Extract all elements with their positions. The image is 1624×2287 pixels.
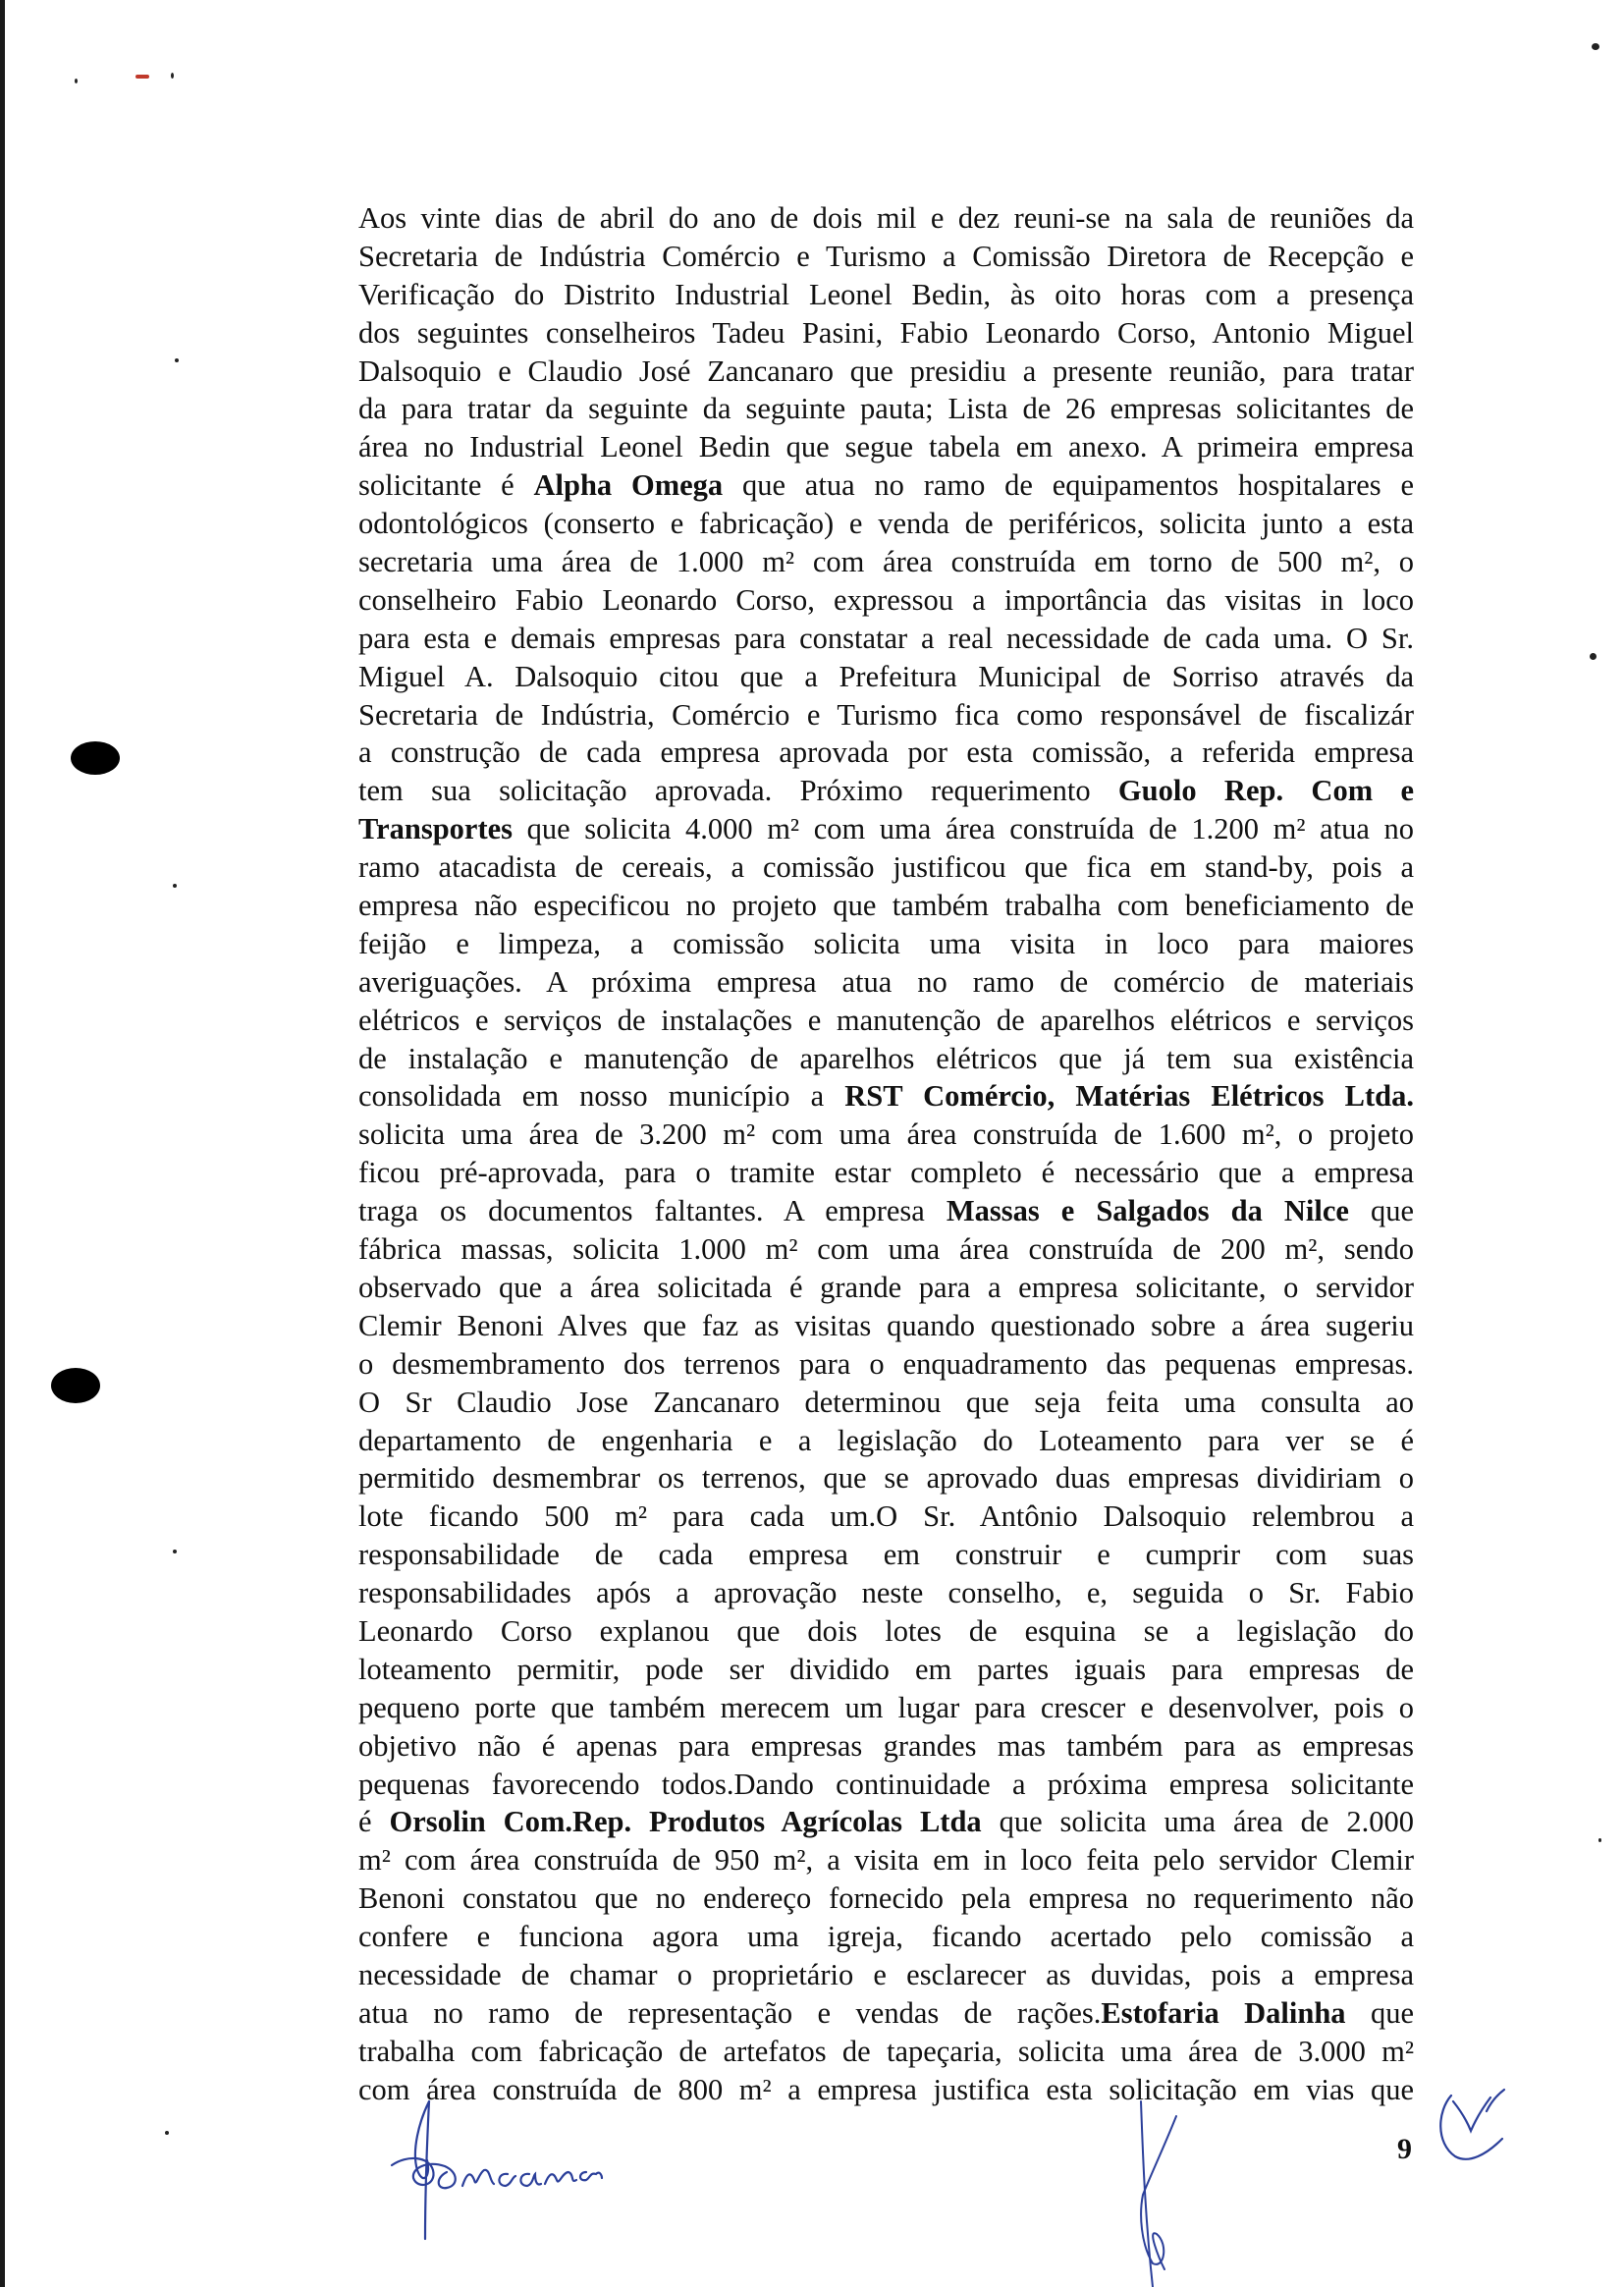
text-line: observado que a área solicitada é grande… [358, 1269, 1414, 1307]
punch-hole [71, 741, 120, 775]
text-run: que solicita 4.000 m² com uma área const… [513, 812, 1414, 845]
text-line: solicita uma área de 3.200 m² com uma ár… [358, 1116, 1414, 1154]
text-line: confere e funciona agora uma igreja, fic… [358, 1918, 1414, 1956]
text-run: elétricos e serviços de instalações e ma… [358, 1004, 1414, 1037]
text-line: odontológicos (conserto e fabricação) e … [358, 505, 1414, 543]
text-run: objetivo não é apenas para empresas gran… [358, 1729, 1414, 1763]
speck [173, 884, 177, 888]
text-line: para esta e demais empresas para constat… [358, 620, 1414, 658]
text-run: para esta e demais empresas para constat… [358, 622, 1414, 655]
text-line: responsabilidade de cada empresa em cons… [358, 1536, 1414, 1574]
speck [173, 1550, 177, 1553]
text-run: consolidada em nosso município a [358, 1079, 844, 1113]
text-run: da para tratar da seguinte da seguinte p… [358, 392, 1414, 425]
text-run: lote ficando 500 m² para cada um.O Sr. A… [358, 1499, 1414, 1533]
text-run: que solicita uma área de 2.000 [982, 1805, 1414, 1838]
text-run: solicitante é [358, 468, 534, 502]
signature-initials-center [1129, 2096, 1218, 2287]
text-line: objetivo não é apenas para empresas gran… [358, 1727, 1414, 1766]
text-line: Dalsoquio e Claudio José Zancanaro que p… [358, 353, 1414, 391]
text-line: consolidada em nosso município a RST Com… [358, 1077, 1414, 1116]
speck [75, 79, 78, 83]
text-run: traga os documentos faltantes. A empresa [358, 1194, 947, 1227]
text-run: fábrica massas, solicita 1.000 m² com um… [358, 1232, 1414, 1266]
text-line: feijão e limpeza, a comissão solicita um… [358, 925, 1414, 963]
text-line: da para tratar da seguinte da seguinte p… [358, 390, 1414, 428]
text-run: trabalha com fabricação de artefatos de … [358, 2035, 1414, 2068]
company-name: Guolo Rep. Com e [1118, 774, 1414, 807]
text-run: atua no ramo de representação e vendas d… [358, 1996, 1101, 2030]
text-run: O Sr Claudio Jose Zancanaro determinou q… [358, 1386, 1414, 1419]
text-run: Secretaria de Indústria Comércio e Turis… [358, 240, 1414, 273]
text-line: departamento de engenharia e a legislaçã… [358, 1422, 1414, 1460]
text-run: ficou pré-aprovada, para o tramite estar… [358, 1156, 1414, 1189]
text-run: empresa não especificou no projeto que t… [358, 889, 1414, 922]
text-run: Dalsoquio e Claudio José Zancanaro que p… [358, 354, 1414, 388]
text-run: confere e funciona agora uma igreja, fic… [358, 1920, 1414, 1953]
text-run: m² com área construída de 950 m², a visi… [358, 1843, 1414, 1877]
text-run: dos seguintes conselheiros Tadeu Pasini,… [358, 316, 1414, 350]
text-run: conselheiro Fabio Leonardo Corso, expres… [358, 583, 1414, 617]
signature-zancanaro [368, 2092, 800, 2249]
text-run: observado que a área solicitada é grande… [358, 1271, 1414, 1304]
text-line: lote ficando 500 m² para cada um.O Sr. A… [358, 1497, 1414, 1536]
text-run: permitido desmembrar os terrenos, que se… [358, 1461, 1414, 1495]
text-line: loteamento permitir, pode ser dividido e… [358, 1651, 1414, 1689]
text-line: área no Industrial Leonel Bedin que segu… [358, 428, 1414, 466]
text-run: averiguações. A próxima empresa atua no … [358, 965, 1414, 999]
text-line: é Orsolin Com.Rep. Produtos Agrícolas Lt… [358, 1803, 1414, 1841]
text-line: Clemir Benoni Alves que faz as visitas q… [358, 1307, 1414, 1345]
punch-hole [51, 1368, 100, 1403]
text-line: empresa não especificou no projeto que t… [358, 887, 1414, 925]
text-line: Verificação do Distrito Industrial Leone… [358, 276, 1414, 314]
text-run: Leonardo Corso explanou que dois lotes d… [358, 1614, 1414, 1648]
text-run: departamento de engenharia e a legislaçã… [358, 1424, 1414, 1457]
text-run: necessidade de chamar o proprietário e e… [358, 1958, 1414, 1991]
text-run: Aos vinte dias de abril do ano de dois m… [358, 201, 1414, 235]
text-line: averiguações. A próxima empresa atua no … [358, 963, 1414, 1002]
text-run: Verificação do Distrito Industrial Leone… [358, 278, 1414, 311]
text-run: odontológicos (conserto e fabricação) e … [358, 507, 1414, 540]
text-line: pequeno porte que também merecem um luga… [358, 1689, 1414, 1727]
text-line: a construção de cada empresa aprovada po… [358, 734, 1414, 772]
text-run: a construção de cada empresa aprovada po… [358, 735, 1414, 769]
text-line: Transportes que solicita 4.000 m² com um… [358, 810, 1414, 848]
text-run: ramo atacadista de cereais, a comissão j… [358, 850, 1414, 884]
text-line: trabalha com fabricação de artefatos de … [358, 2033, 1414, 2071]
text-run: que [1346, 1996, 1414, 2030]
text-run: Clemir Benoni Alves que faz as visitas q… [358, 1309, 1414, 1342]
text-line: o desmembramento dos terrenos para o enq… [358, 1345, 1414, 1384]
text-line: m² com área construída de 950 m², a visi… [358, 1841, 1414, 1879]
text-line: fábrica massas, solicita 1.000 m² com um… [358, 1230, 1414, 1269]
red-mark [135, 75, 149, 79]
text-run: que atua no ramo de equipamentos hospita… [723, 468, 1414, 502]
text-line: responsabilidades após a aprovação neste… [358, 1574, 1414, 1612]
text-line: Secretaria de Indústria, Comércio e Turi… [358, 696, 1414, 735]
text-line: O Sr Claudio Jose Zancanaro determinou q… [358, 1384, 1414, 1422]
text-line: permitido desmembrar os terrenos, que se… [358, 1459, 1414, 1497]
text-run: área no Industrial Leonel Bedin que segu… [358, 430, 1414, 463]
text-line: Leonardo Corso explanou que dois lotes d… [358, 1612, 1414, 1651]
text-run: responsabilidade de cada empresa em cons… [358, 1538, 1414, 1571]
text-line: Aos vinte dias de abril do ano de dois m… [358, 199, 1414, 238]
text-run: que [1349, 1194, 1414, 1227]
text-line: Benoni constatou que no endereço forneci… [358, 1879, 1414, 1918]
text-line: elétricos e serviços de instalações e ma… [358, 1002, 1414, 1040]
text-run: é [358, 1805, 389, 1838]
text-run: de instalação e manutenção de aparelhos … [358, 1042, 1414, 1075]
text-run: tem sua solicitação aprovada. Próximo re… [358, 774, 1118, 807]
company-name: Transportes [358, 812, 513, 845]
text-run: Benoni constatou que no endereço forneci… [358, 1881, 1414, 1915]
text-run: pequenas favorecendo todos.Dando continu… [358, 1768, 1414, 1801]
text-line: conselheiro Fabio Leonardo Corso, expres… [358, 581, 1414, 620]
company-name: RST Comércio, Matérias Elétricos Ltda. [844, 1079, 1414, 1113]
text-run: loteamento permitir, pode ser dividido e… [358, 1653, 1414, 1686]
text-line: atua no ramo de representação e vendas d… [358, 1994, 1414, 2033]
speck [1590, 653, 1597, 660]
speck [165, 2131, 169, 2135]
text-line: traga os documentos faltantes. A empresa… [358, 1192, 1414, 1230]
text-line: ficou pré-aprovada, para o tramite estar… [358, 1154, 1414, 1192]
signature-initials-right [1434, 2082, 1542, 2170]
speck [175, 358, 179, 362]
text-line: pequenas favorecendo todos.Dando continu… [358, 1766, 1414, 1804]
text-line: secretaria uma área de 1.000 m² com área… [358, 543, 1414, 581]
text-run: Miguel A. Dalsoquio citou que a Prefeitu… [358, 660, 1414, 693]
text-line: dos seguintes conselheiros Tadeu Pasini,… [358, 314, 1414, 353]
company-name: Estofaria Dalinha [1101, 1996, 1345, 2030]
text-line: Miguel A. Dalsoquio citou que a Prefeitu… [358, 658, 1414, 696]
company-name: Massas e Salgados da Nilce [947, 1194, 1349, 1227]
company-name: Alpha Omega [534, 468, 724, 502]
text-run: secretaria uma área de 1.000 m² com área… [358, 545, 1414, 578]
text-line: ramo atacadista de cereais, a comissão j… [358, 848, 1414, 887]
text-line: de instalação e manutenção de aparelhos … [358, 1040, 1414, 1078]
page-number: 9 [1397, 2133, 1412, 2166]
text-line: tem sua solicitação aprovada. Próximo re… [358, 772, 1414, 810]
text-run: Secretaria de Indústria, Comércio e Turi… [358, 698, 1414, 732]
company-name: Orsolin Com.Rep. Produtos Agrícolas Ltda [389, 1805, 981, 1838]
text-line: solicitante é Alpha Omega que atua no ra… [358, 466, 1414, 505]
text-run: o desmembramento dos terrenos para o enq… [358, 1347, 1414, 1381]
speck [1592, 43, 1599, 50]
text-run: feijão e limpeza, a comissão solicita um… [358, 927, 1414, 960]
text-run: pequeno porte que também merecem um luga… [358, 1691, 1414, 1724]
document-body: Aos vinte dias de abril do ano de dois m… [358, 199, 1414, 2109]
text-line: Secretaria de Indústria Comércio e Turis… [358, 238, 1414, 276]
text-line: necessidade de chamar o proprietário e e… [358, 1956, 1414, 1994]
text-run: responsabilidades após a aprovação neste… [358, 1576, 1414, 1609]
speck [171, 73, 174, 79]
speck [1598, 1838, 1601, 1842]
scan-edge-shadow [0, 0, 5, 2287]
text-run: solicita uma área de 3.200 m² com uma ár… [358, 1117, 1414, 1151]
